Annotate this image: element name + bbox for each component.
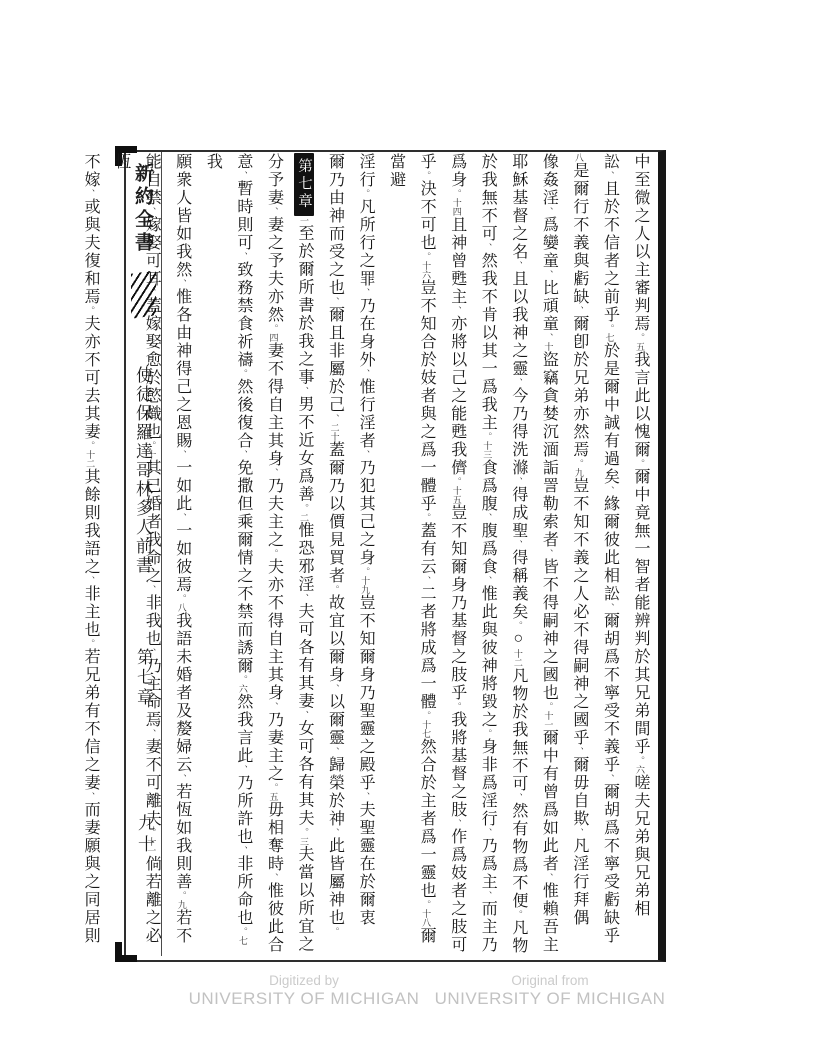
scripture-text: 夫亦不得自主其身 bbox=[265, 558, 282, 702]
punctuation-mark: 、 bbox=[238, 846, 248, 855]
punctuation-mark: 、 bbox=[330, 684, 340, 693]
punctuation-mark: 。 bbox=[268, 549, 278, 558]
scripture-text: 乃主命焉 bbox=[143, 657, 160, 729]
punctuation-mark: 、 bbox=[513, 261, 523, 270]
punctuation-mark: 。 bbox=[85, 306, 95, 315]
punctuation-mark: 。 bbox=[85, 441, 95, 450]
punctuation-mark: 、 bbox=[452, 819, 462, 828]
punctuation-mark: 。 bbox=[452, 702, 462, 711]
verse-number: 八 bbox=[177, 603, 187, 612]
punctuation-mark: 、 bbox=[238, 252, 248, 261]
punctuation-mark: 、 bbox=[177, 774, 187, 783]
scripture-text: 暫時則可 bbox=[235, 180, 252, 252]
punctuation-mark: 、 bbox=[85, 189, 95, 198]
text-column: 像姦淫、爲孌童、比頑童、十盜竊貪婪沉湎詬詈勒索者、皆不得嗣神之國也。十一爾中有曾… bbox=[533, 153, 564, 957]
scripture-text: 爲孌童 bbox=[540, 216, 557, 270]
punctuation-mark: 。 bbox=[299, 828, 309, 837]
punctuation-mark: 、 bbox=[482, 513, 492, 522]
punctuation-mark: 。 bbox=[482, 432, 492, 441]
punctuation-mark: 、 bbox=[452, 306, 462, 315]
punctuation-mark: 。 bbox=[238, 675, 248, 684]
scripture-text: 爲身 bbox=[449, 153, 466, 189]
scripture-text: 爾毋自欺 bbox=[571, 756, 588, 828]
watermark-line: Original from bbox=[428, 972, 672, 989]
punctuation-mark: 、 bbox=[330, 828, 340, 837]
verse-number: 十六 bbox=[421, 261, 431, 279]
punctuation-mark: 。 bbox=[452, 477, 462, 486]
punctuation-mark: 。 bbox=[452, 189, 462, 198]
text-column: 中至微之人以主審判焉。五我言此以愧爾。爾中竟無一智者能辨判於其兄弟間乎。六嗟夫兄… bbox=[624, 153, 655, 957]
scripture-text: 一如彼焉 bbox=[174, 522, 191, 594]
punctuation-mark: 、 bbox=[146, 207, 156, 216]
punctuation-mark: 、 bbox=[543, 549, 553, 558]
verse-number: 十 bbox=[543, 342, 553, 351]
verse-number: 九 bbox=[177, 900, 187, 909]
scripture-text: 皆不得嗣神之國也 bbox=[540, 558, 557, 702]
punctuation-mark: 、 bbox=[146, 729, 156, 738]
scripture-text: 凡物 bbox=[510, 919, 527, 955]
scripture-text: 耶穌基督之名 bbox=[510, 153, 527, 261]
punctuation-mark: 、 bbox=[360, 369, 370, 378]
text-column: 不嫁、或與夫復和焉。夫亦不可去其妻。十二其餘則我語之、非主也。若兄弟有不信之妻、… bbox=[75, 153, 106, 957]
punctuation-mark: 、 bbox=[543, 270, 553, 279]
scripture-text: 二者將成爲一體 bbox=[418, 585, 435, 711]
verse-number: 五 bbox=[635, 342, 645, 351]
text-column: 八是爾行不義與虧缺、爾卽於兄弟亦然焉。九豈不知不義之人必不得嗣神之國乎、爾毋自欺… bbox=[563, 153, 594, 957]
punctuation-mark: 、 bbox=[268, 702, 278, 711]
punctuation-mark: 。 bbox=[635, 756, 645, 765]
scripture-text: 乃犯其己之身 bbox=[357, 459, 374, 567]
verse-number: 十七 bbox=[421, 720, 431, 738]
punctuation-mark: 、 bbox=[513, 793, 523, 802]
text-column: 於我無不可、然我不肯以其一爲我主。十三食爲腹、腹爲食、惟此與彼神將毀之。身非爲淫… bbox=[472, 153, 503, 957]
punctuation-mark: 、 bbox=[85, 576, 95, 585]
punctuation-mark: 。 bbox=[421, 900, 431, 909]
scripture-text: 乃在身外 bbox=[357, 297, 374, 369]
verse-number: 十一 bbox=[543, 711, 553, 729]
punctuation-mark: 、 bbox=[146, 585, 156, 594]
scripture-text: 若恆如我則善 bbox=[174, 783, 191, 891]
scripture-text: 像姦淫 bbox=[540, 153, 557, 207]
scripture-text: 是爾行不義與虧缺 bbox=[571, 162, 588, 306]
scripture-text: 此皆屬神也 bbox=[327, 837, 344, 927]
punctuation-mark: 。 bbox=[177, 891, 187, 900]
scripture-text: 食爲腹 bbox=[479, 459, 496, 513]
punctuation-mark: 。 bbox=[268, 324, 278, 333]
punctuation-mark: 、 bbox=[146, 648, 156, 657]
punctuation-mark: 。 bbox=[330, 585, 340, 594]
punctuation-mark: 、 bbox=[604, 486, 614, 495]
original-from-watermark: Original from UNIVERSITY OF MICHIGAN bbox=[428, 972, 672, 1009]
punctuation-mark: 。 bbox=[635, 333, 645, 342]
punctuation-mark: 、 bbox=[177, 279, 187, 288]
scripture-text: 豈不知不義之人必不得嗣神之國乎 bbox=[571, 477, 588, 747]
scripture-text: 作爲妓者之肢可 bbox=[449, 828, 466, 954]
punctuation-mark: 、 bbox=[482, 576, 492, 585]
scripture-text: 而主乃 bbox=[479, 900, 496, 954]
punctuation-mark: 、 bbox=[574, 828, 584, 837]
scripture-text: 然合於主者爲一靈也 bbox=[418, 738, 435, 900]
scripture-text: 決不可也 bbox=[418, 180, 435, 252]
scripture-text: 願衆人皆如我然 bbox=[174, 153, 191, 279]
punctuation-mark: 。 bbox=[543, 702, 553, 711]
text-column: 第七章一至於爾所書於我之事、男不近女爲善。二惟恐邪淫、夫可各有其妻、女可各有其夫… bbox=[288, 153, 319, 957]
punctuation-mark: 、 bbox=[238, 450, 248, 459]
scripture-text: 豈不知合於妓者與之爲一體乎 bbox=[418, 279, 435, 513]
scripture-text: 或與夫復和焉 bbox=[82, 198, 99, 306]
scripture-text: 中至微之人以主審判焉 bbox=[632, 153, 649, 333]
scripture-text: 爾卽於兄弟亦然焉 bbox=[571, 315, 588, 459]
punctuation-mark: 。 bbox=[421, 711, 431, 720]
punctuation-mark: 、 bbox=[360, 288, 370, 297]
scripture-text: 身非爲淫行 bbox=[479, 738, 496, 828]
scripture-text: 蓋嫁娶愈於慾熾也 bbox=[143, 297, 160, 441]
scripture-text: 妻之予夫亦然 bbox=[265, 216, 282, 324]
scripture-text: 於是爾中誠有過矣 bbox=[601, 342, 618, 486]
scripture-text: 能自禁 bbox=[143, 153, 160, 207]
verse-number: 十八 bbox=[421, 909, 431, 927]
scripture-text: 夫亦不可去其妻 bbox=[82, 315, 99, 441]
scripture-text: 比頑童 bbox=[540, 279, 557, 333]
scripture-text: 致務禁食祈禱 bbox=[235, 261, 252, 369]
scripture-text: 得稱義矣 bbox=[510, 549, 527, 621]
verse-number: 二十 bbox=[330, 423, 340, 441]
text-column: 爾乃由神而受之也、爾且非屬於己、二十蓋爾乃以價見買者。故宜以爾身、以爾靈、歸榮於… bbox=[319, 153, 350, 957]
scripture-text: 其餘則我語之 bbox=[82, 468, 99, 576]
punctuation-mark: 。 bbox=[513, 621, 523, 630]
punctuation-mark: 、 bbox=[604, 171, 614, 180]
punctuation-mark: 、 bbox=[513, 540, 523, 549]
punctuation-mark: 。 bbox=[421, 513, 431, 522]
scripture-text: 乃妻主之 bbox=[265, 711, 282, 783]
verse-number: 十四 bbox=[452, 198, 462, 216]
punctuation-mark: 。 bbox=[238, 369, 248, 378]
scripture-text: 緣爾彼此相訟 bbox=[601, 495, 618, 603]
scripture-text: 蓋爾乃以價見買者 bbox=[327, 441, 344, 585]
punctuation-mark: 、 bbox=[543, 873, 553, 882]
punctuation-mark: 。 bbox=[146, 828, 156, 837]
scripture-text: 爾胡爲不寧受虧缺乎 bbox=[601, 783, 618, 945]
scripture-text: 夫當以所宜之 bbox=[296, 846, 313, 954]
verse-number: 十二 bbox=[85, 450, 95, 468]
text-column: 分予妻、妻之予夫亦然。四妻不得自主其身、乃夫主之。夫亦不得自主其身、乃妻主之。五… bbox=[258, 153, 289, 957]
punctuation-mark: 、 bbox=[85, 792, 95, 801]
punctuation-mark: 、 bbox=[482, 891, 492, 900]
punctuation-mark: 。 bbox=[360, 567, 370, 576]
scripture-text: 亦將以己之能甦我儕 bbox=[449, 315, 466, 477]
scripture-text: 今乃得洗滌 bbox=[510, 387, 527, 477]
text-column: 願衆人皆如我然、惟各由神得己之恩賜、一如此、一如彼焉。八我語未婚者及嫠婦云、若恆… bbox=[166, 153, 197, 957]
verse-number: 五 bbox=[268, 792, 278, 801]
scripture-text: 爾中竟無一智者能辨判於其兄弟間乎 bbox=[632, 468, 649, 756]
scripture-text: 然後復合 bbox=[235, 378, 252, 450]
text-column: 淫行。凡所行之罪、乃在身外、惟行淫者、乃犯其己之身。十九豈不知爾身乃聖靈之殿乎、… bbox=[350, 153, 381, 957]
punctuation-mark: 、 bbox=[543, 333, 553, 342]
scripture-text: 我 bbox=[204, 153, 221, 171]
punctuation-mark: 。 bbox=[268, 783, 278, 792]
punctuation-mark: 。 bbox=[574, 459, 584, 468]
punctuation-mark: 、 bbox=[177, 513, 187, 522]
text-column: 爲身。十四且神曾甦主、亦將以己之能甦我儕。十五豈不知爾身乃基督之肢乎。我將基督之… bbox=[441, 153, 472, 957]
scripture-text: 惟此與彼神將毀之 bbox=[479, 585, 496, 729]
text-columns: 中至微之人以主審判焉。五我言此以愧爾。爾中竟無一智者能辨判於其兄弟間乎。六嗟夫兄… bbox=[166, 153, 655, 957]
scripture-text: 惟行淫者 bbox=[357, 378, 374, 450]
scripture-text: ○ bbox=[510, 630, 527, 649]
chapter-heading-label: 第七章 bbox=[294, 153, 314, 216]
scripture-text: 妻不可離夫 bbox=[143, 738, 160, 828]
punctuation-mark: 、 bbox=[330, 414, 340, 423]
scripture-text: 至於爾所書於我之事 bbox=[296, 225, 313, 387]
scripture-text: 我言此以愧爾 bbox=[632, 351, 649, 459]
punctuation-mark: 、 bbox=[268, 207, 278, 216]
scripture-text: 乃所許也 bbox=[235, 774, 252, 846]
scripture-text: 豈不知爾身乃聖靈之殿乎 bbox=[357, 594, 374, 792]
scripture-text: 而妻願與之同居則 bbox=[82, 801, 99, 945]
punctuation-mark: 、 bbox=[513, 378, 523, 387]
text-column: 乎。決不可也。十六豈不知合於妓者與之爲一體乎。蓋有云、二者將成爲一體。十七然合於… bbox=[380, 153, 441, 957]
punctuation-mark: 、 bbox=[146, 288, 156, 297]
scripture-text: 且以我神之靈 bbox=[510, 270, 527, 378]
scripture-text: 非我也 bbox=[143, 594, 160, 648]
verse-number: 七 bbox=[238, 936, 248, 945]
punctuation-mark: 、 bbox=[299, 387, 309, 396]
scripture-text: 凡淫行拜偶 bbox=[571, 837, 588, 927]
scripture-text: 於我無不可 bbox=[479, 153, 496, 243]
punctuation-mark: 。 bbox=[513, 910, 523, 919]
scripture-text: 且神曾甦主 bbox=[449, 216, 466, 306]
verse-number: 十 bbox=[146, 450, 156, 459]
punctuation-mark: 、 bbox=[574, 747, 584, 756]
text-column: 意、暫時則可、致務禁食祈禱。然後復合、免撒但乘爾情之不禁而誘爾。六然我言此、乃所… bbox=[197, 153, 258, 957]
punctuation-mark: 。 bbox=[604, 324, 614, 333]
punctuation-mark: 。 bbox=[635, 459, 645, 468]
punctuation-mark: 、 bbox=[177, 450, 187, 459]
scripture-text: 乃夫主之 bbox=[265, 477, 282, 549]
punctuation-mark: 、 bbox=[513, 477, 523, 486]
punctuation-mark: 、 bbox=[482, 243, 492, 252]
punctuation-mark: 、 bbox=[268, 468, 278, 477]
verse-number: 七 bbox=[604, 333, 614, 342]
punctuation-mark: 、 bbox=[330, 747, 340, 756]
scripture-text: 乎 bbox=[418, 153, 435, 171]
scripture-text: 歸榮於神 bbox=[327, 756, 344, 828]
scripture-text: 然我言此 bbox=[235, 693, 252, 765]
scripture-text: 爾且非屬於己 bbox=[327, 306, 344, 414]
scripture-text: 惟賴吾主 bbox=[540, 882, 557, 954]
scripture-text: 嫁娶可耳 bbox=[143, 216, 160, 288]
punctuation-mark: 。 bbox=[238, 927, 248, 936]
scripture-text: 乃爲主 bbox=[479, 837, 496, 891]
scripture-text: 得成聖 bbox=[510, 486, 527, 540]
punctuation-mark: 、 bbox=[543, 207, 553, 216]
scripture-text: 以爾靈 bbox=[327, 693, 344, 747]
scripture-text: 妻不得自主其身 bbox=[265, 342, 282, 468]
verse-number: 六 bbox=[238, 684, 248, 693]
text-column: 耶穌基督之名、且以我神之靈、今乃得洗滌、得成聖、得稱義矣。○十二凡物於我無不可、… bbox=[502, 153, 533, 957]
scripture-text: 分予妻 bbox=[265, 153, 282, 207]
punctuation-mark: 、 bbox=[299, 594, 309, 603]
scanned-book-page: 新約全書 使徒保羅達哥林多人前書 第七章 九十 中至微之人以主審判焉。五我言此以… bbox=[0, 0, 816, 1056]
scripture-text: 爾乃由神而受之也 bbox=[327, 153, 344, 297]
punctuation-mark: 、 bbox=[360, 450, 370, 459]
digitized-by-watermark: Digitized by UNIVERSITY OF MICHIGAN bbox=[178, 972, 430, 1009]
verse-number: 九 bbox=[574, 468, 584, 477]
scripture-text: 淫行 bbox=[357, 153, 374, 189]
scripture-text: 腹爲食 bbox=[479, 522, 496, 576]
punctuation-mark: 、 bbox=[421, 576, 431, 585]
scripture-text: 若不 bbox=[174, 909, 191, 945]
scripture-text: 惟各由神得己之恩賜 bbox=[174, 288, 191, 450]
scripture-text: 爾中有曾爲如此者 bbox=[540, 729, 557, 873]
scripture-text: 若兄弟有不信之妻 bbox=[82, 648, 99, 792]
scripture-text: 夫可各有其妻 bbox=[296, 603, 313, 711]
verse-number: 二 bbox=[299, 513, 309, 522]
scripture-text: 一如此 bbox=[174, 459, 191, 513]
punctuation-mark: 、 bbox=[268, 873, 278, 882]
scripture-text: 毋相奪時 bbox=[265, 801, 282, 873]
verse-number: 十九 bbox=[360, 576, 370, 594]
scripture-text: 豈不知爾身乃基督之肢乎 bbox=[449, 504, 466, 702]
scripture-text: 夫聖靈在於爾衷 bbox=[357, 801, 374, 927]
punctuation-mark: 、 bbox=[482, 828, 492, 837]
scripture-text: 盜竊貪婪沉湎詬詈勒索者 bbox=[540, 351, 557, 549]
punctuation-mark: 、 bbox=[360, 792, 370, 801]
watermark-line: UNIVERSITY OF MICHIGAN bbox=[178, 989, 430, 1009]
verse-number: 十一 bbox=[146, 837, 156, 855]
punctuation-mark: 。 bbox=[360, 189, 370, 198]
watermark-line: Digitized by bbox=[178, 972, 430, 989]
scripture-text: 爾胡爲不寧受不義乎 bbox=[601, 612, 618, 774]
punctuation-mark: 、 bbox=[604, 603, 614, 612]
verse-number: 六 bbox=[635, 765, 645, 774]
scripture-text: 我將基督之肢 bbox=[449, 711, 466, 819]
punctuation-mark: 、 bbox=[238, 171, 248, 180]
punctuation-mark: 。 bbox=[177, 594, 187, 603]
scripture-text: 我語未婚者及嫠婦云 bbox=[174, 612, 191, 774]
punctuation-mark: 、 bbox=[330, 297, 340, 306]
scripture-text: 然有物爲不便 bbox=[510, 802, 527, 910]
punctuation-mark: 。 bbox=[85, 639, 95, 648]
scripture-text: 訟 bbox=[601, 153, 618, 171]
verse-number: 八 bbox=[574, 153, 584, 162]
verse-number: 十五 bbox=[452, 486, 462, 504]
scripture-text: 嗟夫兄弟與兄弟相 bbox=[632, 774, 649, 918]
scripture-text: 非所命也 bbox=[235, 855, 252, 927]
scripture-text: 不嫁 bbox=[82, 153, 99, 189]
scripture-text: 其已婚者我命之 bbox=[143, 459, 160, 585]
scripture-text: 非主也 bbox=[82, 585, 99, 639]
scripture-text: 意 bbox=[235, 153, 252, 171]
scripture-text: 免撒但乘爾情之不禁而誘爾 bbox=[235, 459, 252, 675]
verse-number: 十三 bbox=[482, 441, 492, 459]
punctuation-mark: 、 bbox=[604, 774, 614, 783]
watermark-line: UNIVERSITY OF MICHIGAN bbox=[428, 989, 672, 1009]
scripture-text: 且於不信者之前乎 bbox=[601, 180, 618, 324]
punctuation-mark: 。 bbox=[421, 171, 431, 180]
punctuation-mark: 。 bbox=[299, 504, 309, 513]
scripture-text: 男不近女爲善 bbox=[296, 396, 313, 504]
punctuation-mark: 、 bbox=[574, 306, 584, 315]
scripture-text: 女可各有其夫 bbox=[296, 720, 313, 828]
verse-number: 四 bbox=[268, 333, 278, 342]
scripture-text: 然我不肯以其一爲我主 bbox=[479, 252, 496, 432]
punctuation-mark: 、 bbox=[238, 765, 248, 774]
scripture-text: 凡所行之罪 bbox=[357, 198, 374, 288]
verse-number: 一 bbox=[299, 216, 309, 225]
text-column: 能自禁、嫁娶可耳、蓋嫁娶愈於慾熾也。十其已婚者我命之、非我也、乃主命焉、妻不可離… bbox=[105, 153, 166, 957]
scripture-text: 蓋有云 bbox=[418, 522, 435, 576]
verse-number: 十二 bbox=[513, 649, 523, 667]
text-column: 訟、且於不信者之前乎。七於是爾中誠有過矣、緣爾彼此相訟、爾胡爲不寧受不義乎、爾胡… bbox=[594, 153, 625, 957]
punctuation-mark: 。 bbox=[146, 441, 156, 450]
scripture-text: 惟彼此合 bbox=[265, 882, 282, 954]
punctuation-mark: 。 bbox=[482, 729, 492, 738]
scripture-text: 凡物於我無不可 bbox=[510, 667, 527, 793]
verse-number: 三 bbox=[299, 837, 309, 846]
scripture-text: 故宜以爾身 bbox=[327, 594, 344, 684]
punctuation-mark: 、 bbox=[299, 711, 309, 720]
scripture-text: 惟恐邪淫 bbox=[296, 522, 313, 594]
punctuation-mark: 。 bbox=[421, 252, 431, 261]
punctuation-mark: 。 bbox=[330, 927, 340, 936]
